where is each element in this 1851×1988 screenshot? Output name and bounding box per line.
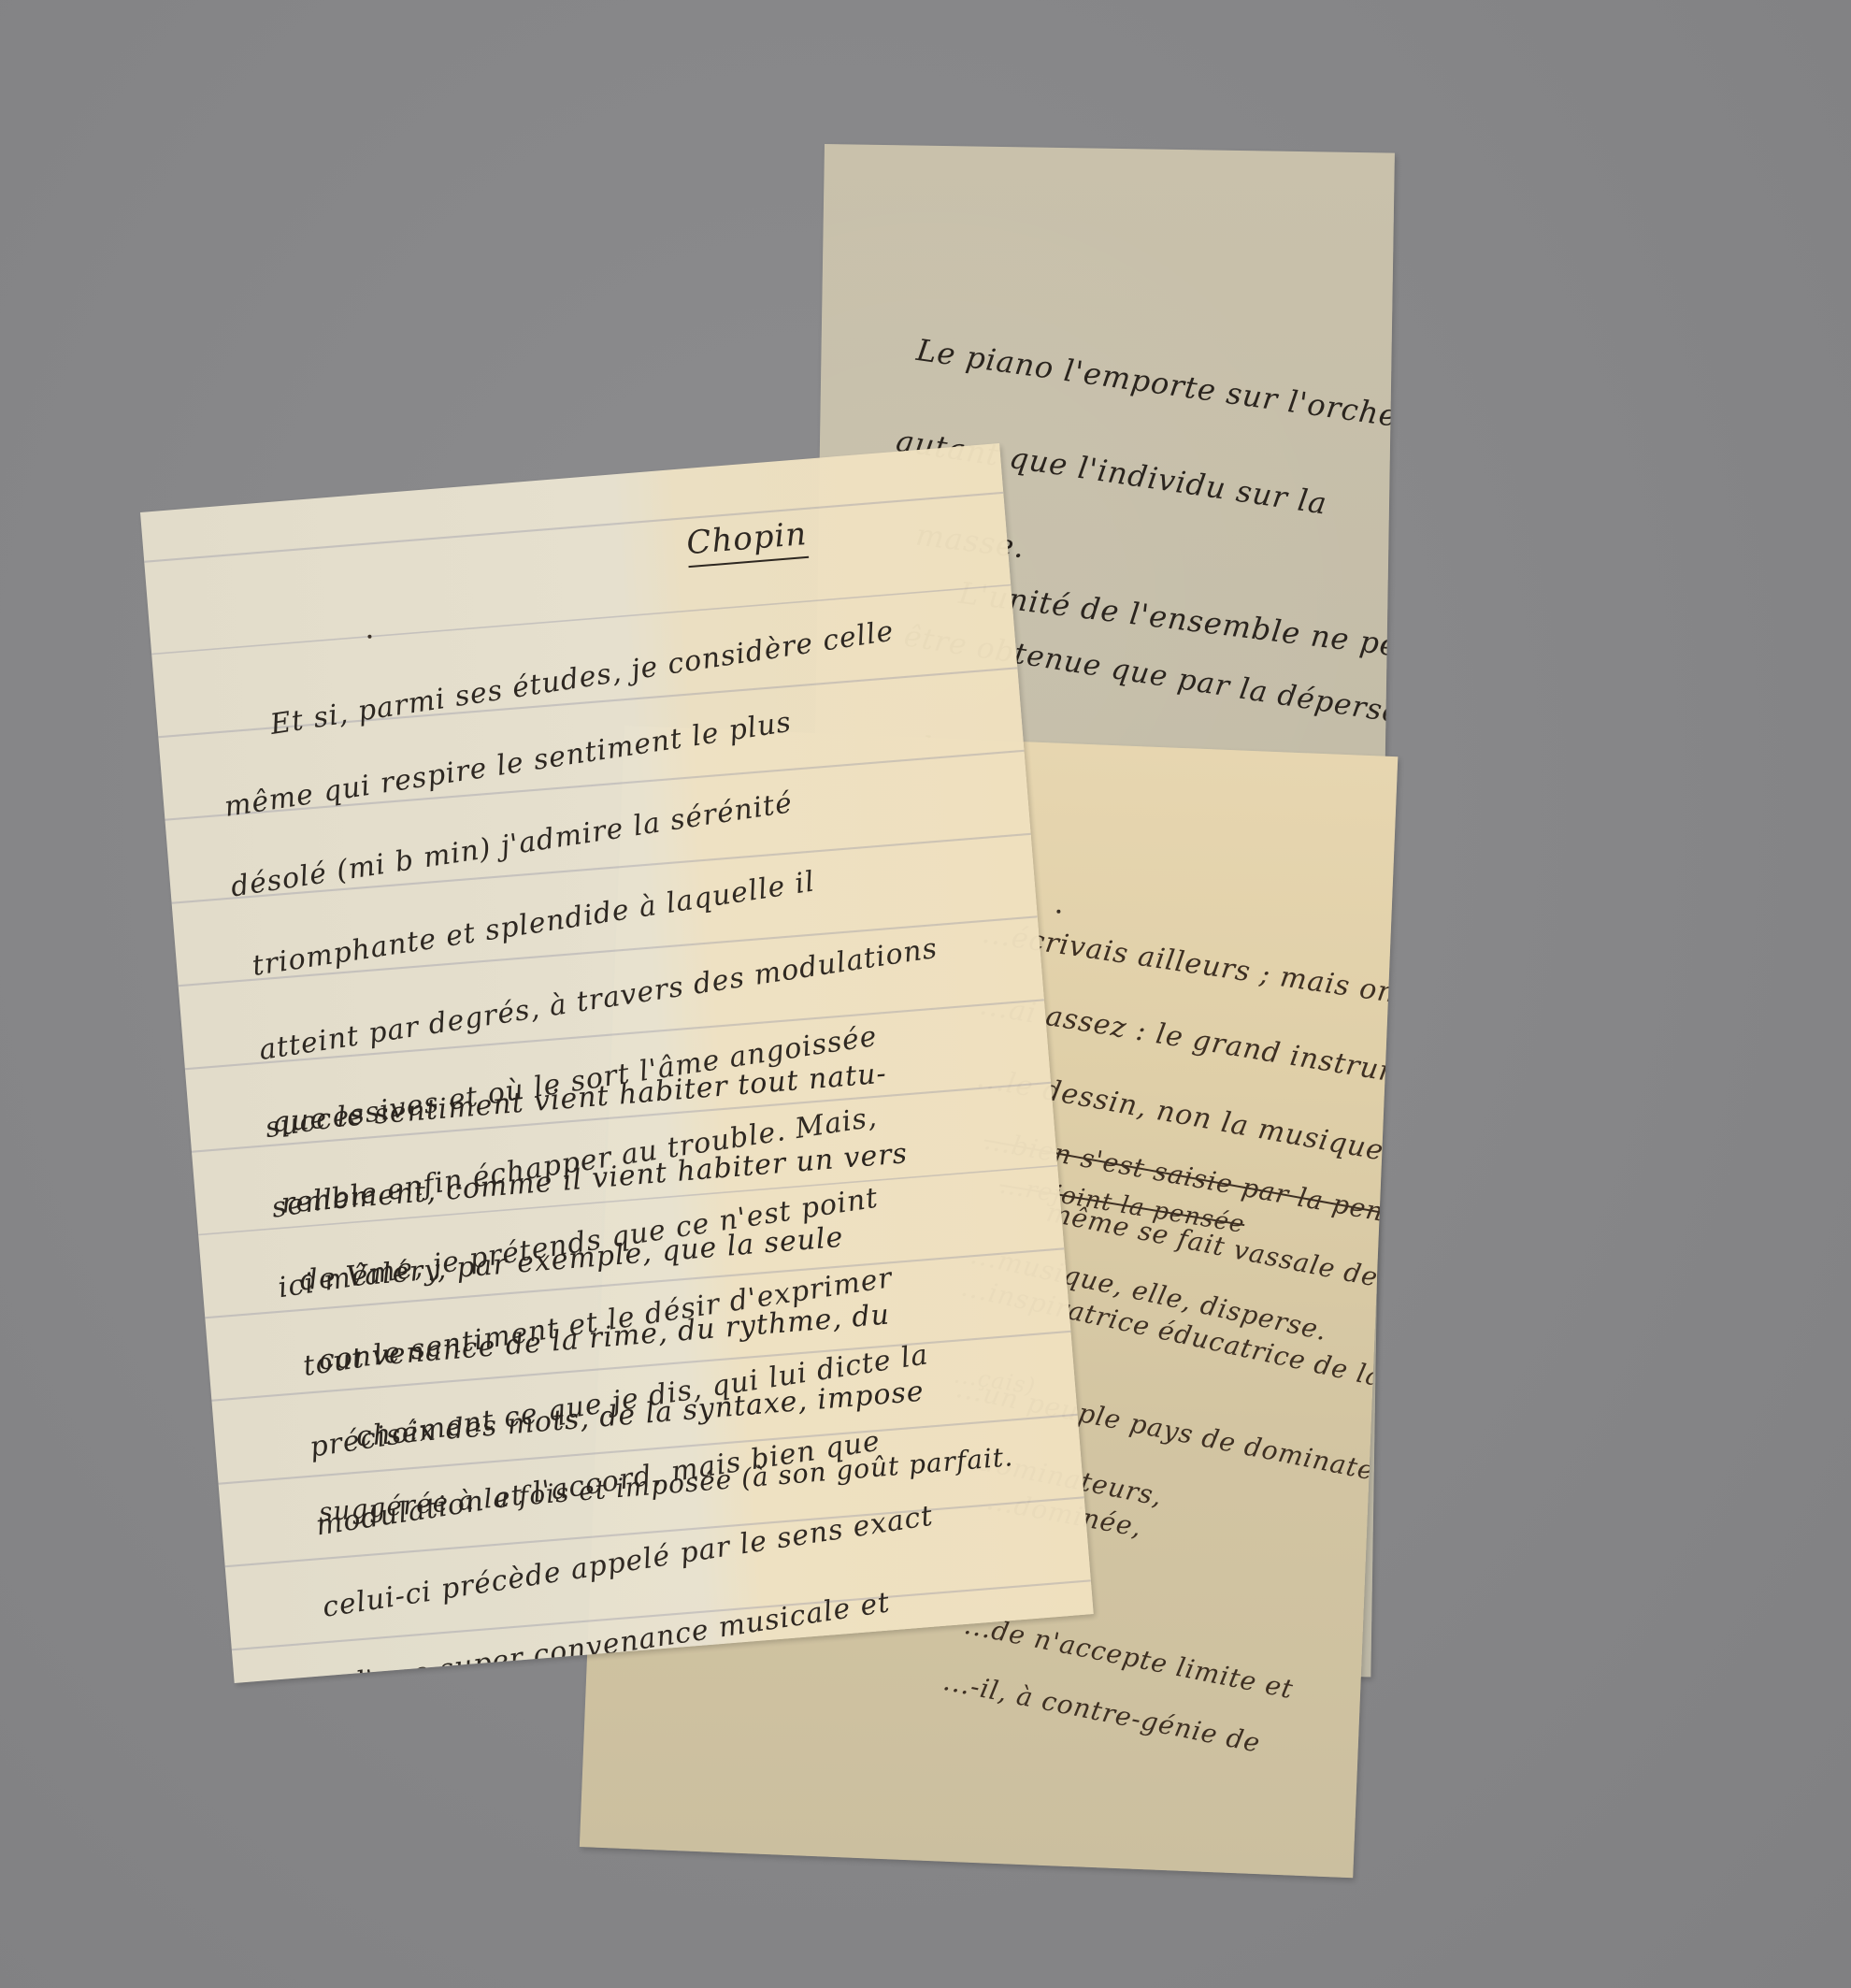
ink-dot — [1056, 910, 1060, 914]
text-line: Le piano l'emporte sur l'orchestre — [915, 335, 1395, 439]
